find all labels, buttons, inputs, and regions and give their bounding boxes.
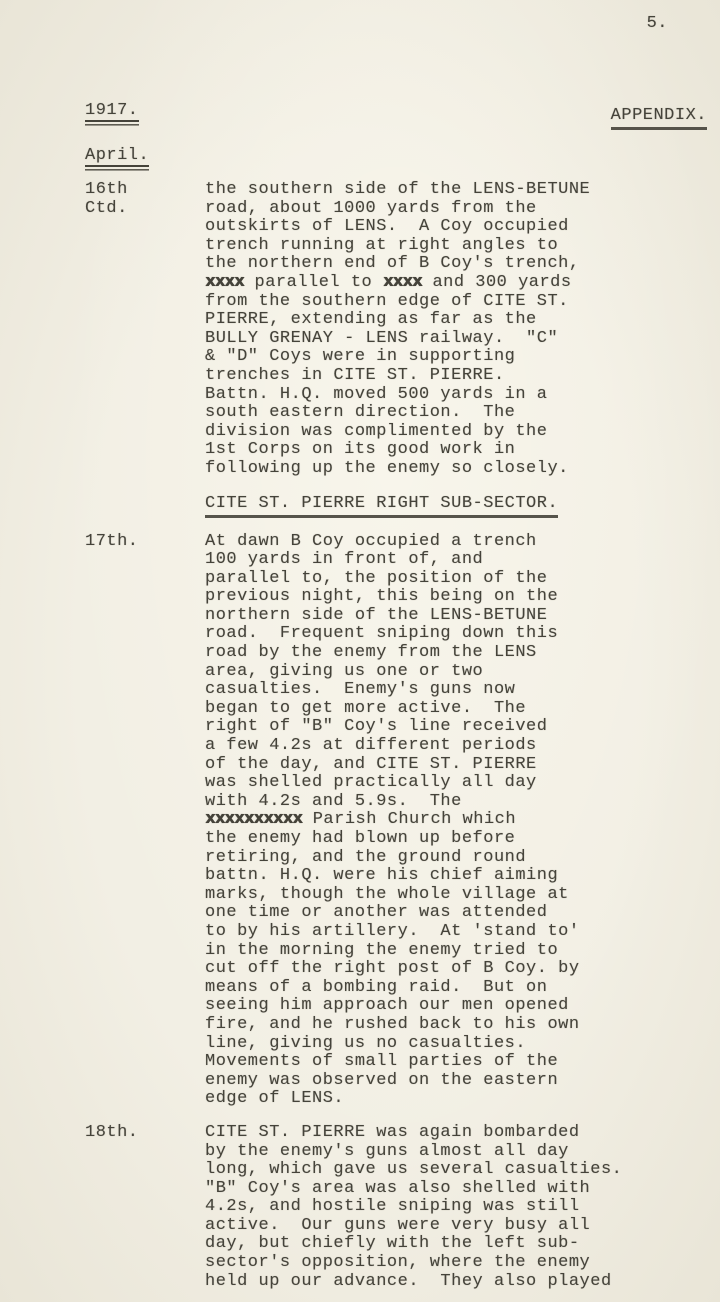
- entry-text: At dawn B Coy occupied a trench100 yards…: [205, 533, 580, 1109]
- section-heading-text: CITE ST. PIERRE RIGHT SUB-SECTOR.: [205, 494, 558, 518]
- diary-entry: 16thCtd.the southern side of the LENS-BE…: [85, 181, 700, 479]
- entry-date-label: 18th.: [85, 1124, 205, 1291]
- section-heading: CITE ST. PIERRE RIGHT SUB-SECTOR.: [205, 494, 700, 518]
- overstruck-text: xxxx: [383, 273, 422, 292]
- overstruck-text: xxxxxxxxxx: [205, 810, 302, 829]
- diary-entry: 17th.At dawn B Coy occupied a trench100 …: [85, 533, 700, 1109]
- diary-entry: 18th.CITE ST. PIERRE was again bombarded…: [85, 1124, 700, 1291]
- appendix-heading: APPENDIX.: [611, 106, 707, 130]
- page-header: 1917. APPENDIX.: [85, 101, 707, 130]
- year-heading: 1917.: [85, 101, 139, 126]
- entry-text: CITE ST. PIERRE was again bombardedby th…: [205, 1124, 622, 1291]
- diary-entries: 16thCtd.the southern side of the LENS-BE…: [85, 181, 700, 1302]
- entry-date-label: 17th.: [85, 533, 205, 1109]
- entry-date-label: 16thCtd.: [85, 181, 205, 479]
- page-number: 5.: [647, 14, 668, 33]
- document-page: 5. 1917. APPENDIX. April. 16thCtd.the so…: [0, 0, 720, 1302]
- entry-text: the southern side of the LENS-BETUNEroad…: [205, 181, 590, 479]
- month-heading-wrap: April.: [85, 146, 149, 171]
- overstruck-text: xxxx: [205, 273, 244, 292]
- month-heading: April.: [85, 146, 149, 171]
